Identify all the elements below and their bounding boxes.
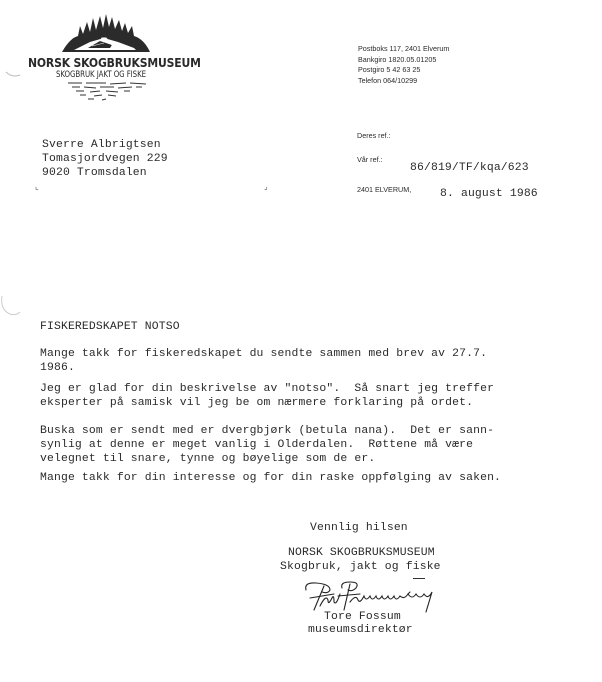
- address-window-corner-right: ⌟: [264, 182, 268, 191]
- recipient-city: 9020 Tromsdalen: [42, 166, 168, 180]
- var-ref-value: 86/819/TF/kqa/623: [410, 161, 529, 175]
- paragraph-bush: Buska som er sendt med er dvergbjørk (be…: [40, 424, 494, 466]
- paragraph-line: Buska som er sendt med er dvergbjørk (be…: [40, 424, 494, 438]
- paragraph-line: 1986.: [40, 361, 487, 375]
- paragraph-line: velegnet til snare, tynne og bøyelige so…: [40, 452, 494, 466]
- letterhead-logo: NORSK SKOGBRUKSMUSEUM SKOGBRUK JAKT OG F…: [20, 12, 190, 102]
- paragraph-closing-thanks: Mange takk for din interesse og for din …: [40, 471, 501, 485]
- paragraph-line: eksperter på samisk vil jeg be om nærmer…: [40, 396, 494, 410]
- signer-title: museumsdirektør: [308, 623, 413, 637]
- paragraph-line: Mange takk for din interesse og for din …: [40, 471, 501, 485]
- contact-postgiro: Postgiro 5 42 63 25: [358, 65, 449, 76]
- paragraph-line: synlig at denne er meget vanlig i Olderd…: [40, 438, 494, 452]
- closing-org: NORSK SKOGBRUKSMUSEUM: [288, 546, 435, 560]
- recipient-name: Sverre Albrigtsen: [42, 138, 168, 152]
- contact-phone: Telefon 064/10299: [358, 76, 449, 87]
- recipient-street: Tomasjordvegen 229: [42, 152, 168, 166]
- margin-mark-top: [4, 70, 24, 80]
- paragraph-line: Jeg er glad for din beskrivelse av "nots…: [40, 382, 494, 396]
- letter-subject: FISKEREDSKAPET NOTSO: [40, 320, 180, 334]
- recipient-address: Sverre Albrigtsen Tomasjordvegen 229 902…: [42, 138, 168, 180]
- deres-ref-label: Deres ref.:: [357, 131, 391, 142]
- contact-block: Postboks 117, 2401 Elverum Bankgiro 1820…: [358, 44, 449, 86]
- paragraph-line: Mange takk for fiskeredskapet du sendte …: [40, 347, 487, 361]
- address-window-corner-left: ⌞: [35, 182, 39, 191]
- signer-name: Tore Fossum: [324, 610, 401, 624]
- var-ref-label: Vår ref.:: [357, 155, 383, 166]
- org-name: NORSK SKOGBRUKSMUSEUM: [28, 55, 201, 70]
- paragraph-thanks: Mange takk for fiskeredskapet du sendte …: [40, 347, 487, 375]
- contact-bankgiro: Bankgiro 1820.05.01205: [358, 55, 449, 66]
- letter-date: 8. august 1986: [440, 187, 538, 201]
- closing-greeting: Vennlig hilsen: [310, 521, 408, 535]
- org-tagline: SKOGBRUK JAKT OG FISKE: [56, 70, 146, 80]
- forest-treeline-icon: [60, 12, 152, 54]
- closing-org-sub: Skogbruk, jakt og fiske: [280, 560, 441, 574]
- contact-address: Postboks 117, 2401 Elverum: [358, 44, 449, 55]
- place-label: 2401 ELVERUM,: [357, 185, 411, 196]
- paragraph-description: Jeg er glad for din beskrivelse av "nots…: [40, 382, 494, 410]
- water-reflection-icon: [66, 81, 156, 103]
- dash-mark: [413, 578, 425, 579]
- margin-mark-mid: [0, 292, 24, 322]
